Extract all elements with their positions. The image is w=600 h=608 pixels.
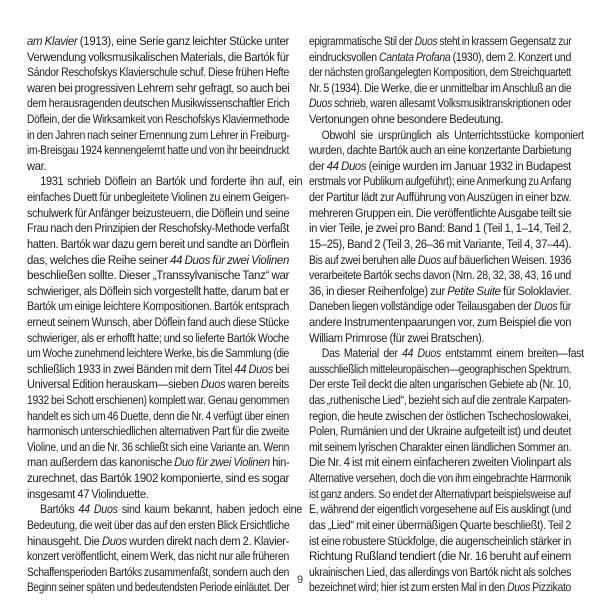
- text-run: Das Material der: [322, 346, 402, 360]
- text-run: man außerdem das kanonische: [27, 455, 174, 469]
- text-line: beschließen sollte. Dieser „Transsylvani…: [27, 268, 289, 284]
- text-run: Frau nach den Prinzipien der Reschofsky-…: [27, 221, 289, 235]
- text-line: der nächsten großangelegten Komposition,…: [309, 65, 571, 81]
- text-run: E, während der eigentlich vorgesehene au…: [309, 502, 571, 516]
- text-run: Verwendung volksmusikalischen Materials,…: [27, 50, 289, 64]
- text-run: William Primrose (für zwei Bratschen).: [309, 331, 484, 345]
- text-run: Violine, und an die Nr. 36 schließt sich…: [27, 440, 289, 454]
- text-run: wurden, dachte Bartók auch an eine konze…: [309, 143, 571, 157]
- text-run: Nr. 5 (1934). Die Werke, die er unmittel…: [309, 81, 571, 95]
- text-run: Obwohl sie ursprünglich als Unterrichtss…: [322, 128, 584, 142]
- text-run: Vertonungen ohne besondere Bedeutung.: [309, 112, 503, 126]
- text-line: Alternative versehen, doch die von ihm e…: [309, 471, 571, 487]
- text-line: Der erste Teil deckt die alten ungarisch…: [309, 377, 571, 393]
- text-run: um Woche zunehmend leichtere Werke, bis …: [27, 346, 289, 360]
- text-line: in den Jahren nach seiner Ernennung zum …: [27, 128, 289, 144]
- text-line: Polen, Rumänien und der Ukraine aufgetei…: [309, 424, 571, 440]
- italic-title: Duo für zwei Violinen: [174, 455, 270, 469]
- text-line: Duos schrieb, waren allesamt Volksmusikt…: [309, 96, 571, 112]
- text-run: ausschließlich mitteleuropäischen—geogra…: [309, 362, 571, 376]
- text-run: schließlich 1933 in zwei Bänden mit dem …: [27, 362, 235, 376]
- text-run: für: [557, 299, 571, 313]
- text-run: Bartóks: [40, 502, 78, 516]
- text-run: bei: [273, 362, 289, 376]
- italic-title: Duos: [309, 96, 332, 110]
- text-line: am Klavier (1913), eine Serie ganz leich…: [27, 34, 289, 50]
- italic-title: Duos: [201, 377, 225, 391]
- text-run: hatten. Bartók war dazu gern bereit und …: [27, 237, 289, 251]
- text-run: 36, in dieser Reihenfolge) zur: [309, 284, 447, 298]
- text-run: andere Instrumentenpaarungen vor, zum Be…: [309, 315, 571, 329]
- text-run: erneut seinem Wunsch, aber Döflein fand …: [27, 315, 289, 329]
- text-line: andere Instrumentenpaarungen vor, zum Be…: [309, 315, 571, 331]
- text-line: Nr. 5 (1934). Die Werke, die er unmittel…: [309, 81, 571, 97]
- text-line: hatten. Bartók war dazu gern bereit und …: [27, 237, 289, 253]
- text-line: handelt es sich um 46 Duette, denn die N…: [27, 409, 289, 425]
- text-run: der nächsten großangelegten Komposition,…: [309, 65, 571, 79]
- text-run: der: [309, 159, 327, 173]
- text-line: 36, in dieser Reihenfolge) zur Petite Su…: [309, 284, 571, 300]
- text-line: schwieriger, als er erhofft hatte; und s…: [27, 331, 289, 347]
- italic-title: Duos: [415, 34, 437, 48]
- text-run: hinausgeht. Die: [27, 534, 102, 548]
- text-line: wurden, dachte Bartók auch an eine konze…: [309, 143, 571, 159]
- text-line: einfaches Duett für unbegleitete Violine…: [27, 190, 289, 206]
- text-run: Sándor Reschofskys Klavierschule schuf. …: [27, 65, 289, 79]
- italic-title: Duos: [102, 534, 127, 548]
- italic-title: 44 Duos für zwei Violinen: [170, 253, 289, 267]
- text-run: Bedeutung, die weit über das auf den ers…: [27, 518, 289, 532]
- text-run: 1932 bei Schott erschienen) komplett war…: [27, 393, 289, 407]
- text-run: in vier Teile, je zwei pro Band: Band 1 …: [309, 221, 571, 235]
- text-run: 15–25), Band 2 (Teil 3, 26–36 mit Varian…: [309, 237, 571, 251]
- text-run: harmonisch unterschiedlichen alternative…: [27, 424, 289, 438]
- text-run: Der erste Teil deckt die alten ungarisch…: [309, 377, 571, 391]
- text-run: hin-: [270, 455, 289, 469]
- text-line: zurechnet, das Bartók 1902 komponierte, …: [27, 471, 289, 487]
- text-run: war.: [27, 159, 46, 173]
- text-line: Bis auf zwei beruhen alle Duos auf bäuer…: [309, 253, 571, 269]
- text-line: der 44 Duos (einige wurden im Januar 193…: [309, 159, 571, 175]
- text-line: epigrammatische Stil der Duos steht in k…: [309, 34, 571, 50]
- text-line: hinausgeht. Die Duos wurden direkt nach …: [27, 534, 289, 550]
- text-line: im-Breisgau 1924 kennengelernt hatte und…: [27, 143, 289, 159]
- text-run: waren bereits: [225, 377, 289, 391]
- text-line: erstmals vor Publikum aufgeführt); eine …: [309, 174, 571, 190]
- text-run: Polen, Rumänien und der Ukraine aufgetei…: [309, 424, 571, 438]
- text-run: eindrucksvollen: [309, 50, 379, 64]
- italic-title: 44 Duos: [235, 362, 273, 376]
- text-line: harmonisch unterschiedlichen alternative…: [27, 424, 289, 440]
- text-run: (1930), dem 2. Konzert und: [450, 50, 571, 64]
- italic-title: 44 Duos: [78, 502, 117, 516]
- text-line: Bartóks 44 Duos sind kaum bekannt, haben…: [27, 502, 302, 518]
- text-line: 1932 bei Schott erschienen) komplett war…: [27, 393, 289, 409]
- text-line: ist eine robustere Stückfolge, die augen…: [309, 534, 571, 550]
- text-line: konzert veröffentlicht, einem Werk, das …: [27, 549, 289, 565]
- text-line: 1931 schrieb Döflein an Bartók und forde…: [27, 174, 302, 190]
- text-line: schwieriger, als Döflein sich vorgestell…: [27, 284, 289, 300]
- text-run: einfaches Duett für unbegleitete Violine…: [27, 190, 289, 204]
- text-run: wurden direkt nach dem 2. Klavier-: [127, 534, 289, 548]
- text-run: waren bei progressiven Lehrern sehr gefr…: [27, 81, 289, 95]
- text-run: das „ruthenische Lied“, bezieht sich auf…: [309, 393, 571, 407]
- text-run: mehreren Gruppen ein. Die veröffentlicht…: [309, 206, 571, 220]
- text-line: schließlich 1933 in zwei Bänden mit dem …: [27, 362, 289, 378]
- text-run: schulwerk für Anfänger beizusteuern, die…: [27, 206, 289, 220]
- text-line: schulwerk für Anfänger beizusteuern, die…: [27, 206, 289, 222]
- text-line: Daneben liegen vollständige oder Teilaus…: [309, 299, 571, 315]
- text-run: (einige wurden im Januar 1932 in Budapes…: [366, 159, 571, 173]
- text-line: um Woche zunehmend leichtere Werke, bis …: [27, 346, 289, 362]
- text-run: 1931 schrieb Döflein an Bartók und forde…: [40, 174, 302, 188]
- text-line: Obwohl sie ursprünglich als Unterrichtss…: [309, 128, 584, 144]
- text-run: mit seinem lyrischen Charakter einen län…: [309, 440, 571, 454]
- text-line: das, welches die Reihe seiner 44 Duos fü…: [27, 253, 289, 269]
- italic-title: 44 Duos: [402, 346, 441, 360]
- text-line: das „ruthenische Lied“, bezieht sich auf…: [309, 393, 571, 409]
- text-run: Daneben liegen vollständige oder Teilaus…: [309, 299, 534, 313]
- italic-title: Petite Suite: [447, 284, 500, 298]
- text-line: war.: [27, 159, 289, 175]
- text-run: in den Jahren nach seiner Ernennung zum …: [27, 128, 289, 142]
- text-run: Bartók um einige leichtere Kompositionen…: [27, 299, 289, 313]
- text-run: konzert veröffentlicht, einem Werk, das …: [27, 549, 289, 563]
- text-run: epigrammatische Stil der: [309, 34, 415, 48]
- text-line: Universal Edition herauskam—sieben Duos …: [27, 377, 289, 393]
- text-run: schrieb, waren allesamt Volksmusiktransk…: [332, 96, 571, 110]
- text-line: Sándor Reschofskys Klavierschule schuf. …: [27, 65, 289, 81]
- text-run: verarbeitete Bartók sechs davon (Nrn. 28…: [309, 268, 571, 282]
- text-line: eindrucksvollen Cantata Profana (1930), …: [309, 50, 571, 66]
- text-run: insgesamt 47 Violinduette.: [27, 487, 149, 501]
- text-run: der Partitur lädt zur Aufführung von Aus…: [309, 190, 571, 204]
- text-run: im-Breisgau 1924 kennengelernt hatte und…: [27, 143, 289, 157]
- text-run: Bis auf zwei beruhen alle: [309, 253, 418, 267]
- text-run: ist eine robustere Stückfolge, die augen…: [309, 534, 571, 548]
- text-run: auf bäuerlichen Weisen. 1936: [441, 253, 571, 267]
- text-run: (1913), eine Serie ganz leichter Stücke …: [77, 34, 289, 48]
- italic-title: Duos: [418, 253, 441, 267]
- text-run: handelt es sich um 46 Duette, denn die N…: [27, 409, 289, 423]
- text-run: zurechnet, das Bartók 1902 komponierte, …: [27, 471, 289, 485]
- left-text-column: am Klavier (1913), eine Serie ganz leich…: [27, 34, 289, 596]
- text-line: Frau nach den Prinzipien der Reschofsky-…: [27, 221, 289, 237]
- italic-title: am Klavier: [27, 34, 77, 48]
- text-line: ausschließlich mitteleuropäischen—geogra…: [309, 362, 571, 378]
- italic-title: Cantata Profana: [379, 50, 450, 64]
- text-line: Vertonungen ohne besondere Bedeutung.: [309, 112, 571, 128]
- text-line: Violine, und an die Nr. 36 schließt sich…: [27, 440, 289, 456]
- text-run: entstammt einem breiten—fast: [441, 346, 584, 360]
- text-run: steht in krassem Gegensatz zur: [437, 34, 571, 48]
- text-run: ist ganz anders. So endet der Alternativ…: [309, 487, 571, 501]
- text-run: das „Lied“ mit einer übermäßigen Quarte …: [309, 518, 571, 532]
- text-line: mit seinem lyrischen Charakter einen län…: [309, 440, 571, 456]
- text-run: beschließen sollte. Dieser „Transsylvani…: [27, 268, 289, 282]
- text-line: region, die heute zwischen der östlichen…: [309, 409, 571, 425]
- text-line: Döflein, der die Wirksamkeit von Reschof…: [27, 112, 289, 128]
- text-line: ist ganz anders. So endet der Alternativ…: [309, 487, 571, 503]
- text-line: 15–25), Band 2 (Teil 3, 26–36 mit Varian…: [309, 237, 571, 253]
- text-run: das, welches die Reihe seiner: [27, 253, 170, 267]
- text-run: Richtung Rußland tendiert (die Nr. 16 be…: [309, 549, 571, 563]
- right-text-column: epigrammatische Stil der Duos steht in k…: [309, 34, 571, 596]
- text-run: Universal Edition herauskam—sieben: [27, 377, 201, 391]
- text-run: Döflein, der die Wirksamkeit von Reschof…: [27, 112, 289, 126]
- text-line: Die Nr. 4 ist mit einem einfacheren zwei…: [309, 455, 571, 471]
- text-line: verarbeitete Bartók sechs davon (Nrn. 28…: [309, 268, 571, 284]
- text-line: das „Lied“ mit einer übermäßigen Quarte …: [309, 518, 571, 534]
- text-line: der Partitur lädt zur Aufführung von Aus…: [309, 190, 571, 206]
- text-line: erneut seinem Wunsch, aber Döflein fand …: [27, 315, 289, 331]
- text-line: William Primrose (für zwei Bratschen).: [309, 331, 571, 347]
- text-line: Richtung Rußland tendiert (die Nr. 16 be…: [309, 549, 571, 565]
- text-run: für Soloklavier.: [501, 284, 572, 298]
- text-line: Bartók um einige leichtere Kompositionen…: [27, 299, 289, 315]
- text-line: mehreren Gruppen ein. Die veröffentlicht…: [309, 206, 571, 222]
- page-number: 9: [0, 574, 600, 586]
- text-line: Verwendung volksmusikalischen Materials,…: [27, 50, 289, 66]
- text-line: Das Material der 44 Duos entstammt einem…: [309, 346, 584, 362]
- text-line: insgesamt 47 Violinduette.: [27, 487, 289, 503]
- text-line: waren bei progressiven Lehrern sehr gefr…: [27, 81, 289, 97]
- text-run: Alternative versehen, doch die von ihm e…: [309, 471, 571, 485]
- text-run: schwieriger, als er erhofft hatte; und s…: [27, 331, 289, 345]
- italic-title: Duos: [534, 299, 557, 313]
- text-run: schwieriger, als Döflein sich vorgestell…: [27, 284, 289, 298]
- text-line: dem herausragenden deutschen Musikwissen…: [27, 96, 289, 112]
- text-run: erstmals vor Publikum aufgeführt); eine …: [309, 174, 571, 188]
- italic-title: 44 Duos: [327, 159, 366, 173]
- text-run: dem herausragenden deutschen Musikwissen…: [27, 96, 289, 110]
- text-line: in vier Teile, je zwei pro Band: Band 1 …: [309, 221, 571, 237]
- book-page: am Klavier (1913), eine Serie ganz leich…: [0, 0, 600, 608]
- text-run: Die Nr. 4 ist mit einem einfacheren zwei…: [309, 455, 571, 469]
- text-run: sind kaum bekannt, haben jedoch eine: [118, 502, 302, 516]
- text-line: man außerdem das kanonische Duo für zwei…: [27, 455, 289, 471]
- text-line: E, während der eigentlich vorgesehene au…: [309, 502, 571, 518]
- text-line: Bedeutung, die weit über das auf den ers…: [27, 518, 289, 534]
- text-run: region, die heute zwischen der östlichen…: [309, 409, 571, 423]
